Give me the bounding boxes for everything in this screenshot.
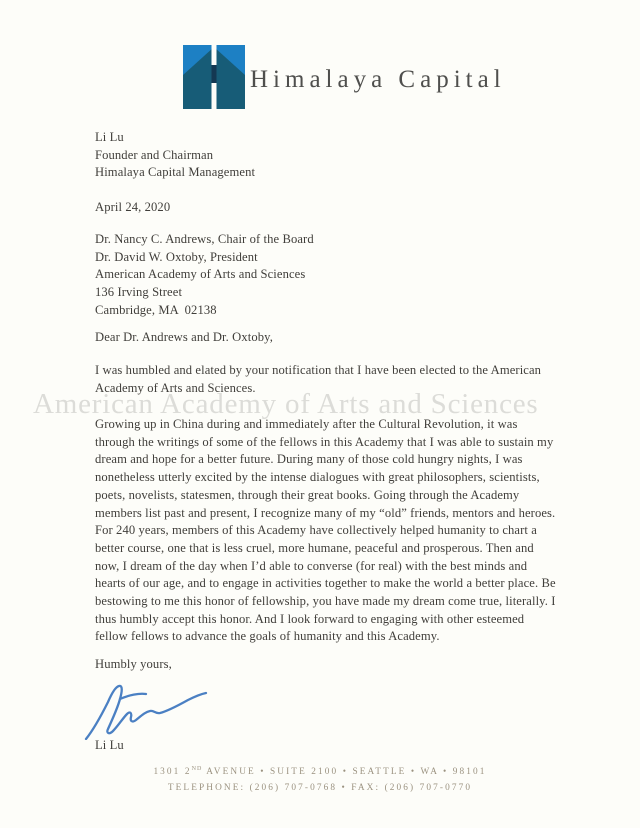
valediction: Humbly yours,: [95, 656, 172, 674]
footer-address-ordinal: ND: [192, 766, 203, 772]
brand-name: Himalaya Capital: [250, 66, 506, 94]
sender-block: Li Lu Founder and Chairman Himalaya Capi…: [95, 129, 255, 182]
paragraph-2: Growing up in China during and immediate…: [95, 416, 635, 646]
signature-li-lu: [84, 682, 222, 740]
paragraph-1: I was humbled and elated by your notific…: [95, 362, 615, 397]
footer-address-line: 1301 2ND AVENUE • SUITE 2100 • SEATTLE •…: [0, 761, 640, 780]
himalaya-capital-logo-icon: [183, 45, 245, 109]
footer-address-prefix: 1301 2: [153, 767, 191, 777]
recipient-block: Dr. Nancy C. Andrews, Chair of the Board…: [95, 231, 314, 320]
signer-name: Li Lu: [95, 737, 124, 755]
letter-date: April 24, 2020: [95, 199, 170, 217]
salutation: Dear Dr. Andrews and Dr. Oxtoby,: [95, 329, 273, 347]
letter-page: Himalaya Capital Li Lu Founder and Chair…: [0, 0, 640, 828]
footer: 1301 2ND AVENUE • SUITE 2100 • SEATTLE •…: [0, 761, 640, 796]
footer-address-suffix: AVENUE • SUITE 2100 • SEATTLE • WA • 981…: [202, 767, 486, 777]
footer-contact-line: TELEPHONE: (206) 707-0768 • FAX: (206) 7…: [0, 780, 640, 796]
